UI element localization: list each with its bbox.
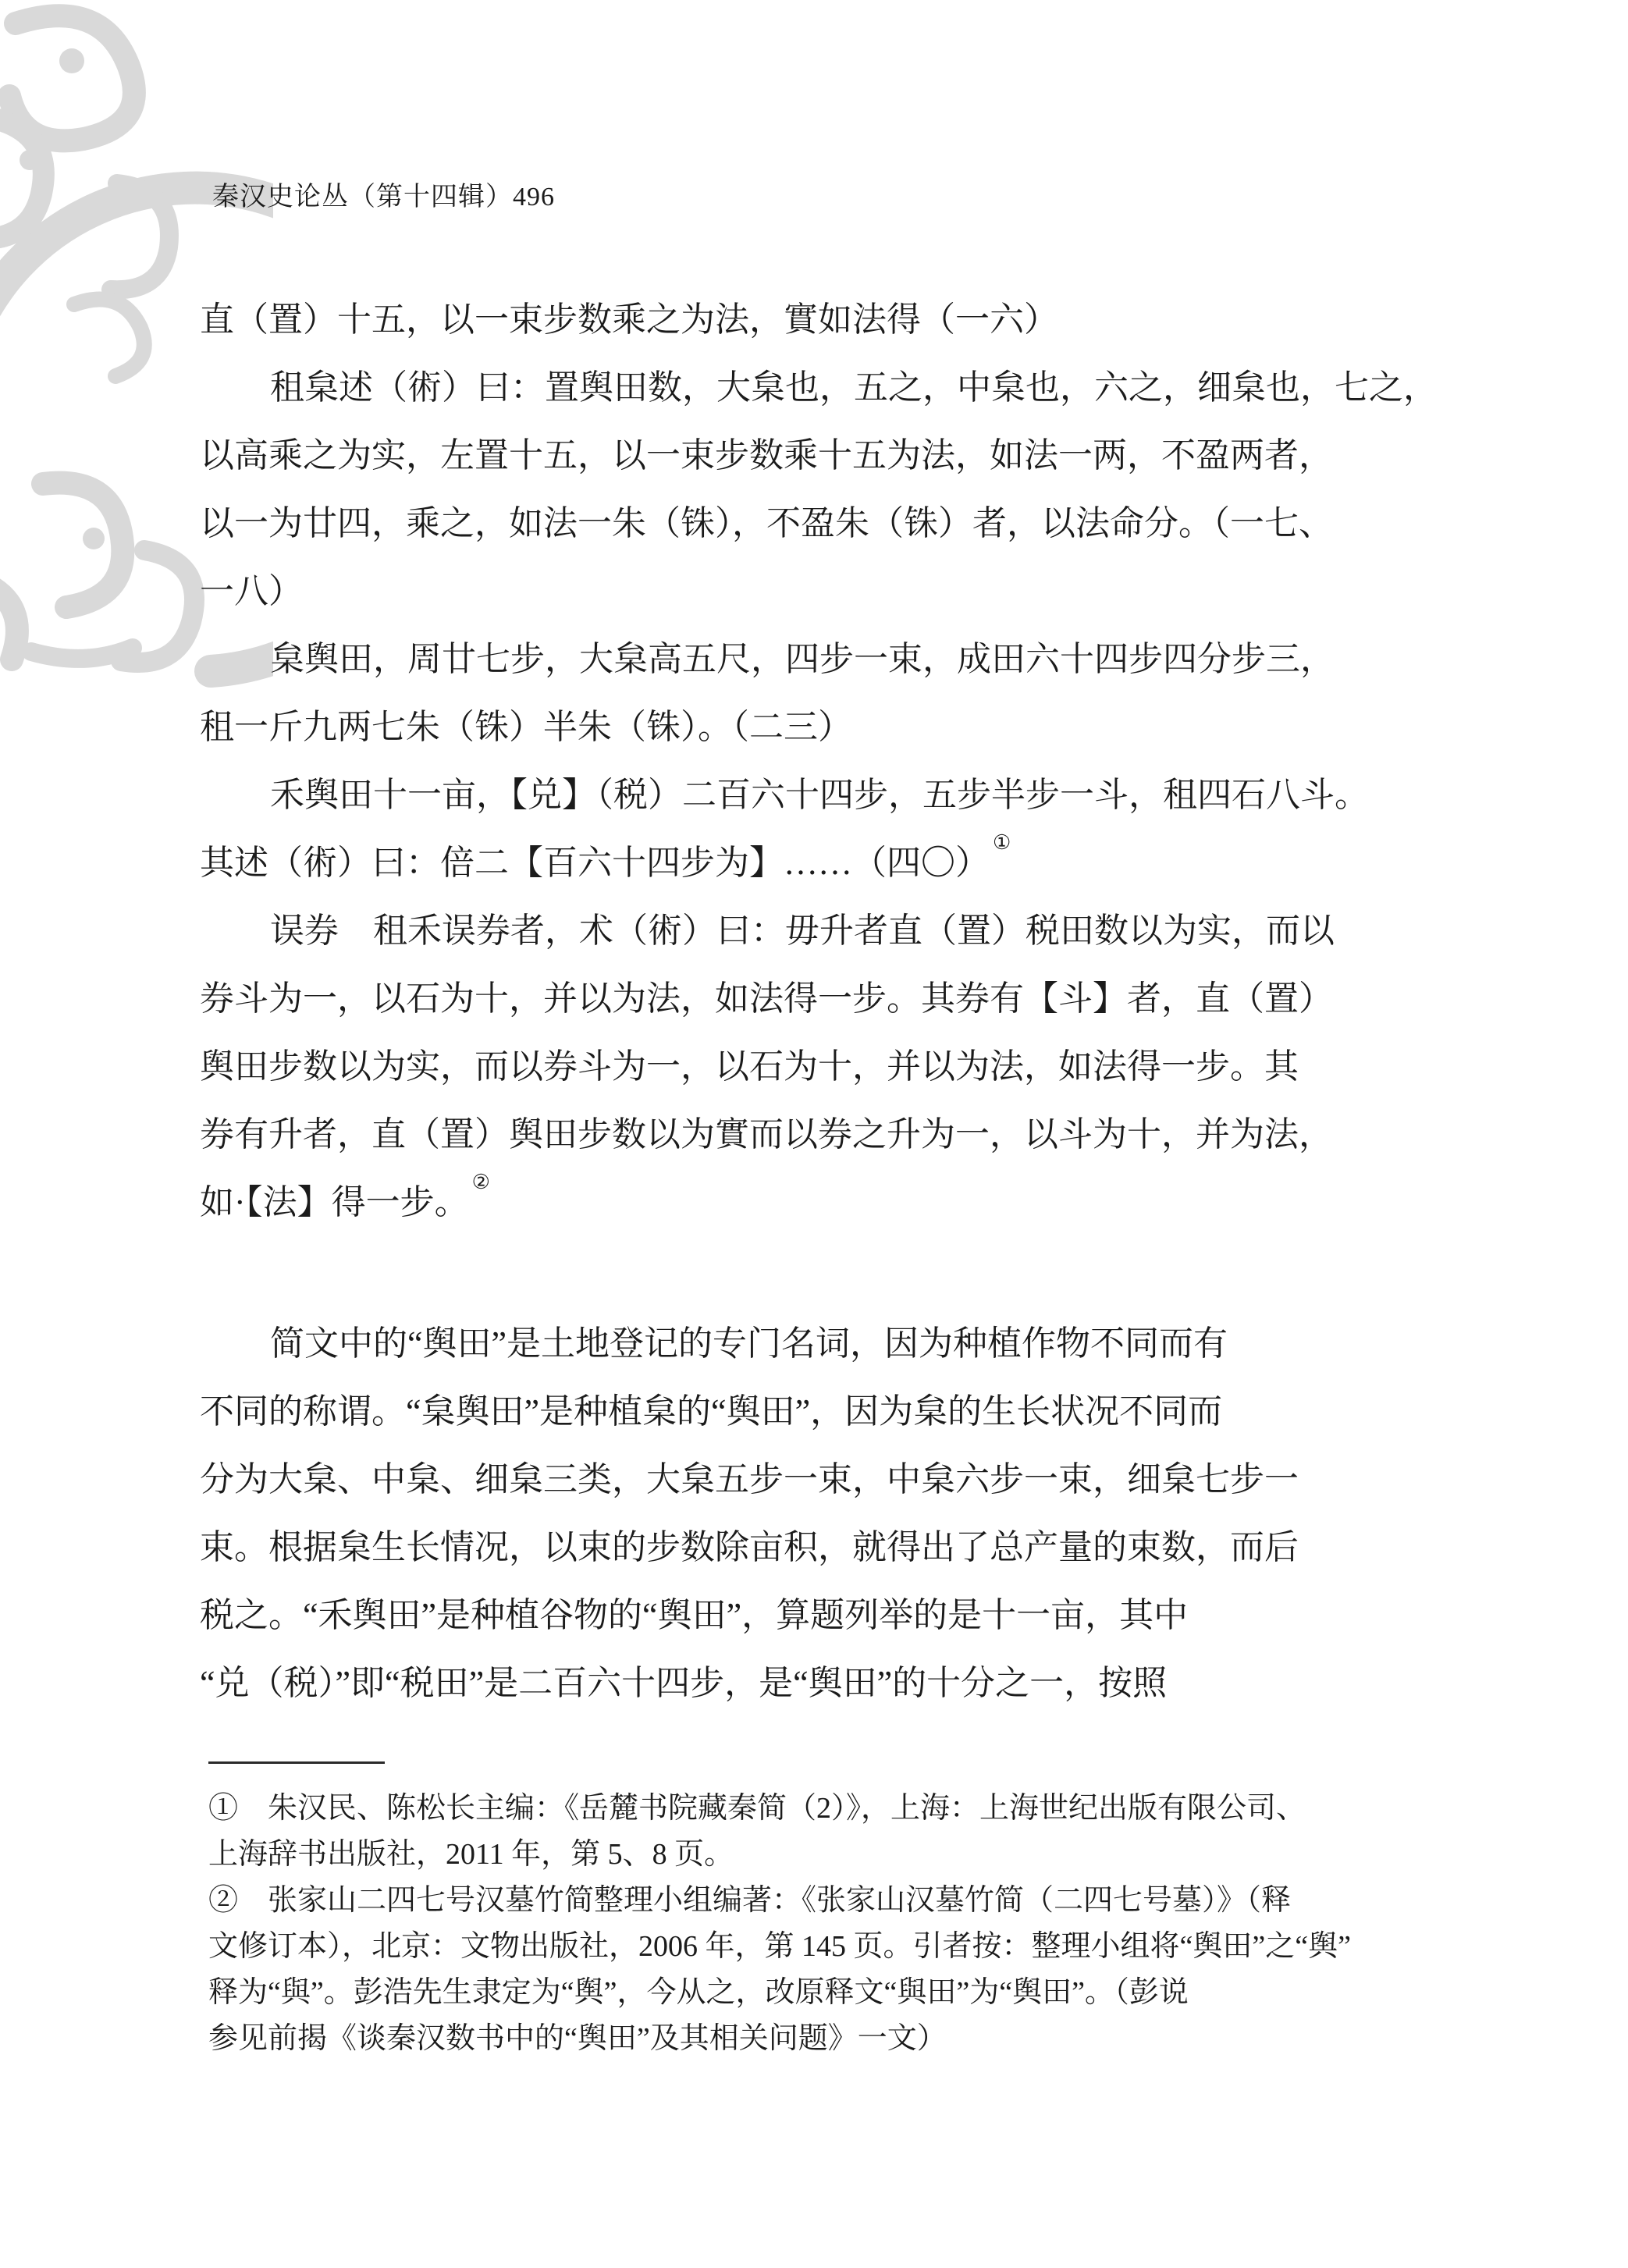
excerpt-line-text: 以高乘之为实，左置十五，以一束步数乘十五为法，如法一两，不盈两者，	[200, 436, 1333, 475]
excerpt-line: 租枲述（術）曰：置舆田数，大枲也，五之，中枲也，六之，细枲也，七之，	[200, 354, 1419, 421]
excerpt-line-text: 租一斤九两七朱（铢）半朱（铢）。（二三）	[200, 708, 852, 746]
excerpt-line: 枲舆田，周廿七步，大枲高五尺，四步一束，成田六十四步四分步三，	[200, 625, 1419, 693]
excerpt-line-text: 误券 租禾误券者，术（術）曰：毋升者直（置）税田数以为实，而以	[270, 912, 1335, 950]
excerpt-line: 以一为廿四，乘之，如法一朱（铢），不盈朱（铢）者，以法命分。（一七、	[200, 489, 1419, 557]
excerpt-line: 一八）	[200, 557, 1419, 625]
footnotes-block: ① 朱汉民、陈松长主编：《岳麓书院藏秦简（2）》，上海：上海世纪出版有限公司、 …	[208, 1786, 1426, 2062]
footnote-line: 参见前揭《谈秦汉数书中的“舆田”及其相关问题》一文）	[208, 2016, 1426, 2062]
excerpt-line: 禾舆田十一亩，【兑】（税）二百六十四步，五步半步一斗，租四石八斗。	[200, 761, 1419, 829]
footnote-line-text: ① 朱汉民、陈松长主编：《岳麓书院藏秦简（2）》，上海：上海世纪出版有限公司、	[208, 1792, 1306, 1825]
excerpt-line: 券斗为一，以石为十，并以为法，如法得一步。其券有【斗】者，直（置）	[200, 965, 1419, 1033]
excerpt-line-text: 禾舆田十一亩，【兑】（税）二百六十四步，五步半步一斗，租四石八斗。	[270, 776, 1369, 814]
footnote-ref-1: ①	[993, 831, 1011, 854]
footnote-ref-2: ②	[472, 1171, 490, 1193]
excerpt-line-text: 券有升者，直（置）舆田步数以为實而以券之升为一，以斗为十，并为法，	[200, 1115, 1333, 1154]
excerpt-line: 以高乘之为实，左置十五，以一束步数乘十五为法，如法一两，不盈两者，	[200, 421, 1419, 489]
excerpt-line: 券有升者，直（置）舆田步数以为實而以券之升为一，以斗为十，并为法，	[200, 1100, 1419, 1168]
running-head: 秦汉史论丛（第十四辑）496	[212, 175, 555, 213]
commentary-line-text: 束。根据枲生长情况，以束的步数除亩积，就得出了总产量的束数，而后	[200, 1528, 1299, 1566]
commentary-line: 分为大枲、中枲、细枲三类，大枲五步一束，中枲六步一束，细枲七步一	[200, 1445, 1419, 1513]
excerpt-line-text: 以一为廿四，乘之，如法一朱（铢），不盈朱（铢）者，以法命分。（一七、	[200, 504, 1333, 542]
excerpt-line-text: 券斗为一，以石为十，并以为法，如法得一步。其券有【斗】者，直（置）	[200, 979, 1333, 1018]
commentary-line: 不同的称谓。“枲舆田”是种植枲的“舆田”，因为枲的生长状况不同而	[200, 1378, 1419, 1445]
commentary-paragraph: 简文中的“舆田”是土地登记的专门名词，因为种植作物不同而有 不同的称谓。“枲舆田…	[200, 1310, 1419, 1717]
footnote-line: 释为“與”。彭浩先生隶定为“舆”，今从之，改原释文“與田”为“舆田”。（彭说	[208, 1970, 1426, 2016]
excerpt-line-text: 如·【法】得一步。	[200, 1183, 469, 1221]
excerpt-line: 如·【法】得一步。②	[200, 1168, 1419, 1236]
excerpt-block: 直（置）十五，以一束步数乘之为法，實如法得（一六） 租枲述（術）曰：置舆田数，大…	[200, 286, 1419, 1236]
excerpt-line: 舆田步数以为实，而以券斗为一，以石为十，并以为法，如法得一步。其	[200, 1033, 1419, 1100]
commentary-line: 税之。“禾舆田”是种植谷物的“舆田”，算题列举的是十一亩，其中	[200, 1581, 1419, 1649]
footnote-line-text: 文修订本），北京：文物出版社，2006 年，第 145 页。引者按：整理小组将“…	[208, 1930, 1351, 1963]
excerpt-line-text: 租枲述（術）曰：置舆田数，大枲也，五之，中枲也，六之，细枲也，七之，	[270, 368, 1438, 407]
footnote-separator	[208, 1761, 385, 1764]
footnote-line: ② 张家山二四七号汉墓竹简整理小组编著：《张家山汉墓竹简（二四七号墓）》（释	[208, 1878, 1426, 1924]
footnote-line: ① 朱汉民、陈松长主编：《岳麓书院藏秦简（2）》，上海：上海世纪出版有限公司、	[208, 1786, 1426, 1832]
footnote-line: 上海辞书出版社，2011 年，第 5、8 页。	[208, 1832, 1426, 1878]
excerpt-line-text: 其述（術）曰：倍二【百六十四步为】……（四〇）	[200, 844, 990, 882]
excerpt-line-text: 舆田步数以为实，而以券斗为一，以石为十，并以为法，如法得一步。其	[200, 1047, 1299, 1086]
excerpt-line: 误券 租禾误券者，术（術）曰：毋升者直（置）税田数以为实，而以	[200, 897, 1419, 965]
footnote-line-text: 参见前揭《谈秦汉数书中的“舆田”及其相关问题》一文）	[208, 2022, 947, 2055]
excerpt-line-text: 一八）	[200, 572, 303, 610]
commentary-line: 简文中的“舆田”是土地登记的专门名词，因为种植作物不同而有	[200, 1310, 1419, 1378]
commentary-line-text: 税之。“禾舆田”是种植谷物的“舆田”，算题列举的是十一亩，其中	[200, 1596, 1188, 1634]
excerpt-line-text: 枲舆田，周廿七步，大枲高五尺，四步一束，成田六十四步四分步三，	[270, 640, 1335, 678]
footnote-line-text: 上海辞书出版社，2011 年，第 5、8 页。	[208, 1838, 734, 1871]
commentary-line: “兑（税）”即“税田”是二百六十四步，是“舆田”的十分之一，按照	[200, 1649, 1419, 1717]
commentary-line-text: 分为大枲、中枲、细枲三类，大枲五步一束，中枲六步一束，细枲七步一	[200, 1460, 1299, 1498]
footnote-line: 文修订本），北京：文物出版社，2006 年，第 145 页。引者按：整理小组将“…	[208, 1924, 1426, 1970]
footnote-line-text: ② 张家山二四七号汉墓竹简整理小组编著：《张家山汉墓竹简（二四七号墓）》（释	[208, 1884, 1291, 1917]
footnote-line-text: 释为“與”。彭浩先生隶定为“舆”，今从之，改原释文“與田”为“舆田”。（彭说	[208, 1976, 1189, 2009]
excerpt-line: 租一斤九两七朱（铢）半朱（铢）。（二三）	[200, 693, 1419, 761]
commentary-line-text: “兑（税）”即“税田”是二百六十四步，是“舆田”的十分之一，按照	[200, 1664, 1167, 1702]
excerpt-line: 其述（術）曰：倍二【百六十四步为】……（四〇）①	[200, 829, 1419, 897]
excerpt-line: 直（置）十五，以一束步数乘之为法，實如法得（一六）	[200, 286, 1419, 354]
commentary-line-text: 简文中的“舆田”是土地登记的专门名词，因为种植作物不同而有	[270, 1324, 1228, 1363]
book-page: 秦汉史论丛（第十四辑）496 直（置）十五，以一束步数乘之为法，實如法得（一六）…	[0, 0, 1628, 2268]
excerpt-line-text: 直（置）十五，以一束步数乘之为法，實如法得（一六）	[200, 300, 1058, 339]
commentary-line: 束。根据枲生长情况，以束的步数除亩积，就得出了总产量的束数，而后	[200, 1513, 1419, 1581]
commentary-line-text: 不同的称谓。“枲舆田”是种植枲的“舆田”，因为枲的生长状况不同而	[200, 1392, 1222, 1431]
